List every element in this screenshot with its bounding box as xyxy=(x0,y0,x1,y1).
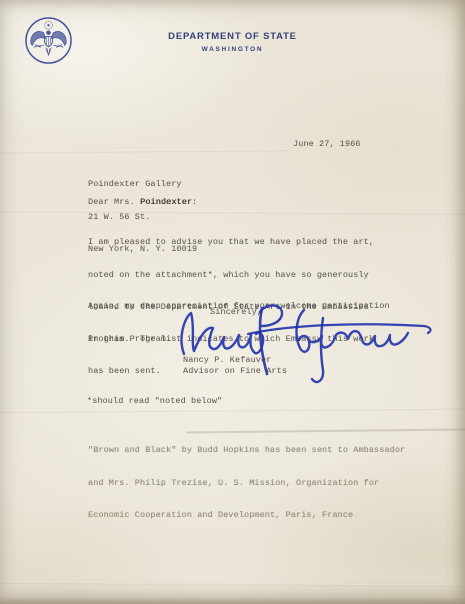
paper-crease xyxy=(0,149,288,155)
paper-bottom-edge-shadow xyxy=(0,597,465,604)
paper-crease xyxy=(0,581,465,587)
paper-crease xyxy=(0,210,465,215)
attachment-note-line: "Brown and Black" by Budd Hopkins has be… xyxy=(88,445,405,456)
attachment-note-line: Economic Cooperation and Development, Pa… xyxy=(88,510,405,521)
attachment-note: "Brown and Black" by Budd Hopkins has be… xyxy=(88,424,405,542)
salutation-prefix: Dear Mrs. xyxy=(88,197,140,207)
letterhead-department: DEPARTMENT OF STATE xyxy=(0,31,465,42)
salutation-name: Poindexter xyxy=(140,197,192,207)
body-line: I am pleased to advise you that we have … xyxy=(88,237,374,248)
signer-typed-name: Nancy P. Kefauver xyxy=(183,355,271,366)
recipient-name: Poindexter Gallery xyxy=(88,179,197,190)
attachment-note-line: and Mrs. Philip Trezise, U. S. Mission, … xyxy=(88,478,405,489)
letter-date: June 27, 1966 xyxy=(293,139,361,150)
letterhead: DEPARTMENT OF STATE WASHINGTON xyxy=(0,31,465,53)
letterhead-city: WASHINGTON xyxy=(0,46,465,53)
footnote: *should read "noted below" xyxy=(87,396,222,407)
signer-typed-title: Advisor on Fine Arts xyxy=(183,366,287,377)
paper-crease xyxy=(0,407,465,413)
body-line: noted on the attachment*, which you have… xyxy=(88,270,374,281)
salutation: Dear Mrs. Poindexter: xyxy=(88,197,197,208)
letter-page: DEPARTMENT OF STATE WASHINGTON June 27, … xyxy=(0,0,465,604)
salutation-suffix: : xyxy=(192,197,197,207)
